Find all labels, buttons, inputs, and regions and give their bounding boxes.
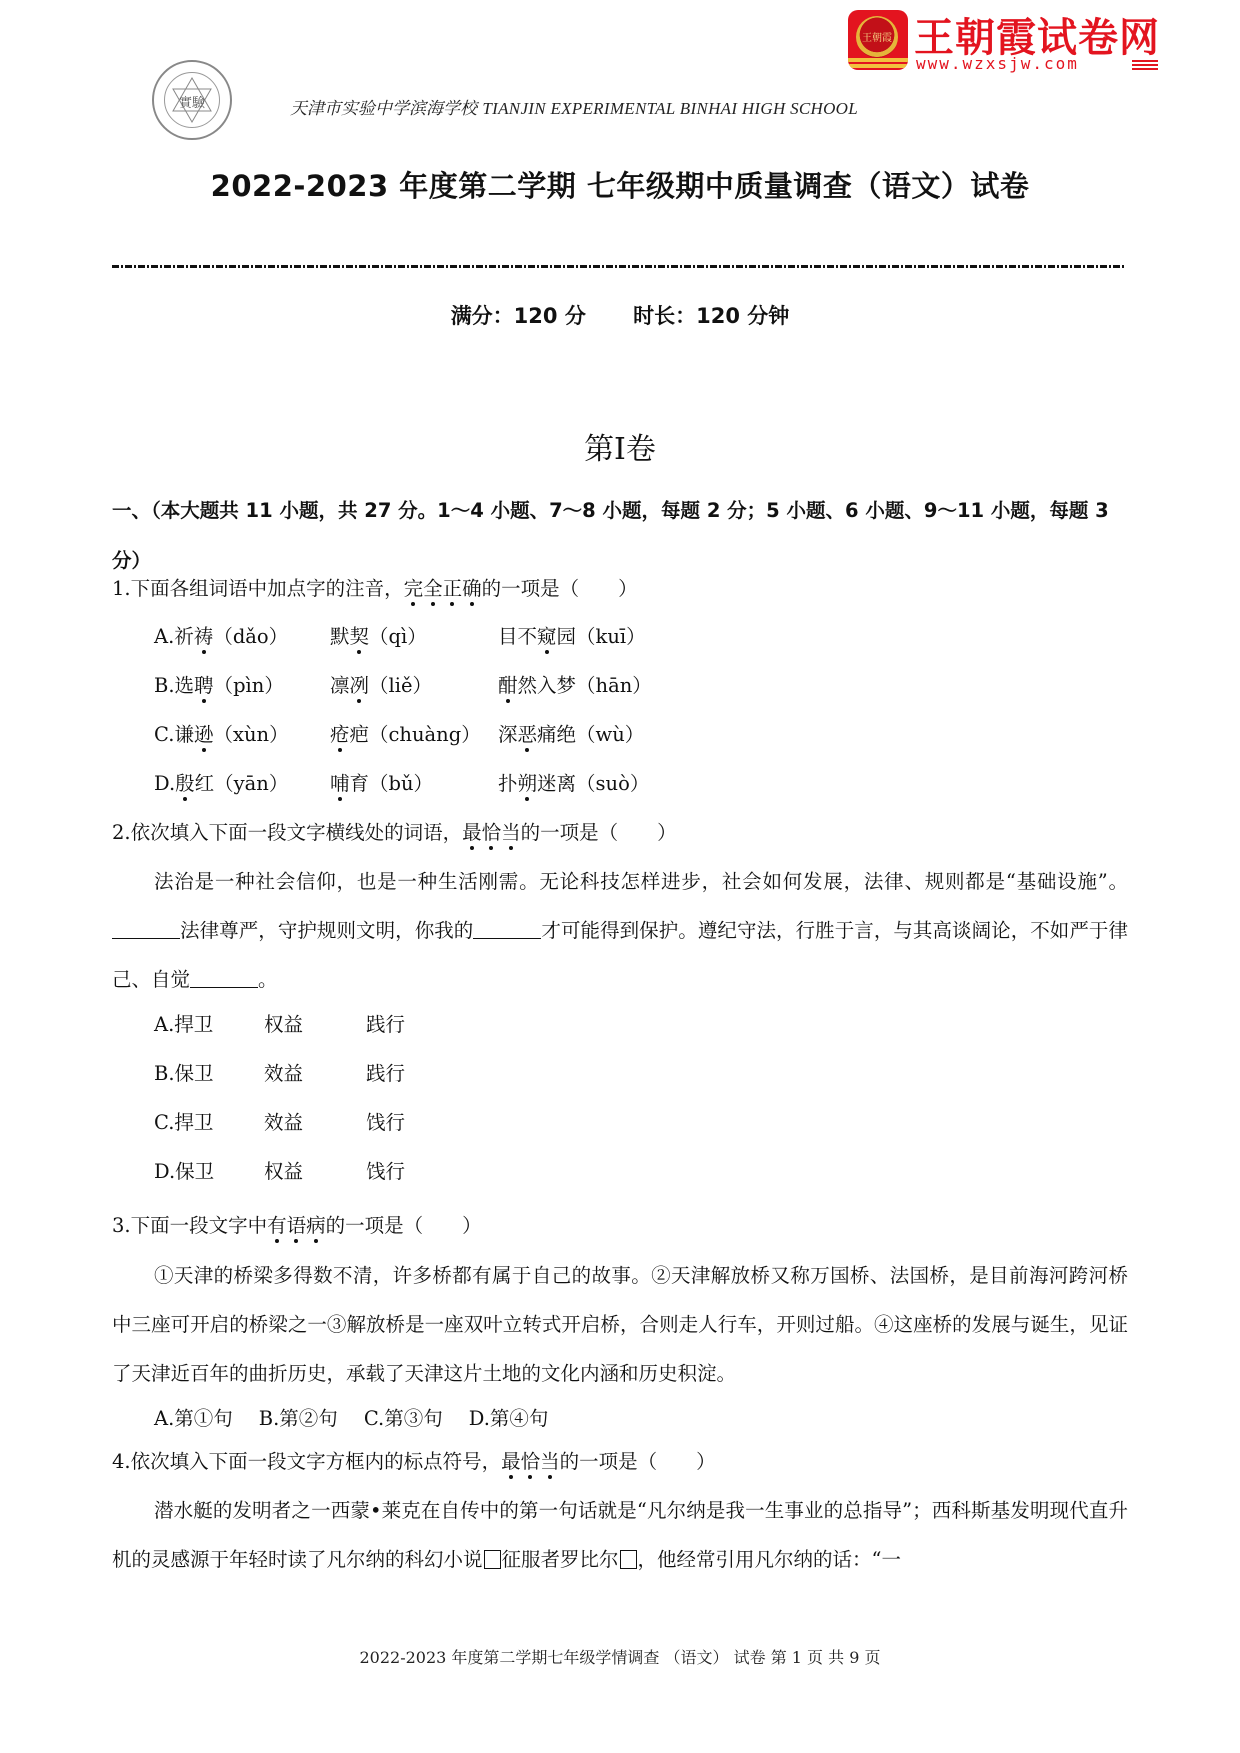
school-seal-logo: 實驗 (152, 60, 232, 140)
option-d: D.第④句 (469, 1407, 549, 1430)
school-name-cn: 天津市实验中学滨海学校 (290, 99, 477, 119)
school-name-en: TIANJIN EXPERIMENTAL BINHAI HIGH SCHOOL (482, 99, 858, 118)
option-d-2: 哺育（bǔ） (330, 768, 498, 817)
option-b-3: 酣然入梦（hān） (498, 670, 652, 719)
option-c-3: 深恶痛绝（wù） (498, 719, 644, 768)
option-row-d: D.殷红（yān） 哺育（bǔ） 扑朔迷离（suò） (154, 768, 652, 817)
fill-blank-2 (473, 919, 541, 940)
option-row-c: C.捍卫 效益 饯行 (154, 1107, 405, 1156)
brand-badge-icon: 王朝霞 (848, 10, 908, 70)
brand-url: www.wzxsjw.com (916, 54, 1079, 73)
fill-blank-1 (112, 919, 180, 940)
option-a: A.第①句 (154, 1407, 233, 1430)
option-d-3: 扑朔迷离（suò） (498, 768, 649, 817)
option-row-a: A.祈祷（dǎo） 默契（qì） 目不窥园（kuī） (154, 621, 652, 670)
option-b-1: B.选聘（pìn） (154, 670, 330, 719)
brand-logo: 王朝霞 王朝霞试卷网 www.wzxsjw.com (848, 10, 1158, 74)
question-1-options: A.祈祷（dǎo） 默契（qì） 目不窥园（kuī） B.选聘（pìn） 凛冽（… (154, 621, 652, 817)
option-a-2: 默契（qì） (330, 621, 498, 670)
section-heading: 一、（本大题共 11 小题，共 27 分。1～4 小题、7～8 小题，每题 2 … (112, 486, 1128, 586)
question-2-passage: 法治是一种社会信仰，也是一种生活刚需。无论科技怎样进步，社会如何发展，法律、规则… (112, 857, 1128, 1004)
option-row-b: B.保卫 效益 践行 (154, 1058, 405, 1107)
option-c: C.第③句 (364, 1407, 443, 1430)
option-a-1: A.祈祷（dǎo） (154, 621, 330, 670)
fill-blank-3 (190, 968, 258, 989)
dashed-divider (112, 265, 1126, 268)
question-2-stem: 2.依次填入下面一段文字横线处的词语，最恰当的一项是（ ） (112, 817, 677, 845)
option-a-3: 目不窥园（kuī） (498, 621, 646, 670)
question-4-passage: 潜水艇的发明者之一西蒙•莱克在自传中的第一句话就是“凡尔纳是我一生事业的总指导”… (112, 1486, 1128, 1584)
question-1-stem: 1.下面各组词语中加点字的注音，完全正确的一项是（ ） (112, 573, 638, 601)
punctuation-box-1 (484, 1550, 501, 1569)
full-score: 满分：120 分 (451, 304, 586, 328)
question-4-stem: 4.依次填入下面一段文字方框内的标点符号，最恰当的一项是（ ） (112, 1446, 716, 1474)
option-b-2: 凛冽（liě） (330, 670, 498, 719)
seal-text: 實驗 (154, 92, 230, 111)
question-3-passage: ①天津的桥梁多得数不清，许多桥都有属于自己的故事。②天津解放桥又称万国桥、法国桥… (112, 1251, 1128, 1398)
option-row-a: A.捍卫 权益 践行 (154, 1009, 405, 1058)
option-c-2: 疮疤（chuàng） (330, 719, 498, 768)
wave-lines-icon (1132, 60, 1158, 72)
option-c-1: C.谦逊（xùn） (154, 719, 330, 768)
option-row-c: C.谦逊（xùn） 疮疤（chuàng） 深恶痛绝（wù） (154, 719, 652, 768)
option-b: B.第②句 (259, 1407, 338, 1430)
option-row-d: D.保卫 权益 饯行 (154, 1156, 405, 1205)
exam-title: 2022-2023 年度第二学期 七年级期中质量调查（语文）试卷 (0, 164, 1240, 205)
question-3-stem: 3.下面一段文字中有语病的一项是（ ） (112, 1210, 482, 1238)
option-row-b: B.选聘（pìn） 凛冽（liě） 酣然入梦（hān） (154, 670, 652, 719)
option-d-1: D.殷红（yān） (154, 768, 330, 817)
exam-meta: 满分：120 分 时长：120 分钟 (0, 300, 1240, 330)
duration: 时长：120 分钟 (633, 304, 789, 328)
school-name: 天津市实验中学滨海学校 TIANJIN EXPERIMENTAL BINHAI … (290, 94, 858, 119)
part-title: 第Ⅰ卷 (0, 424, 1240, 468)
punctuation-box-2 (620, 1550, 637, 1569)
question-3-options: A.第①句B.第②句C.第③句D.第④句 (154, 1403, 574, 1431)
question-2-options: A.捍卫 权益 践行 B.保卫 效益 践行 C.捍卫 效益 饯行 D.保卫 权益… (154, 1009, 405, 1205)
page-footer: 2022-2023 年度第二学期七年级学情调查 （语文） 试卷 第 1 页 共 … (0, 1645, 1240, 1668)
